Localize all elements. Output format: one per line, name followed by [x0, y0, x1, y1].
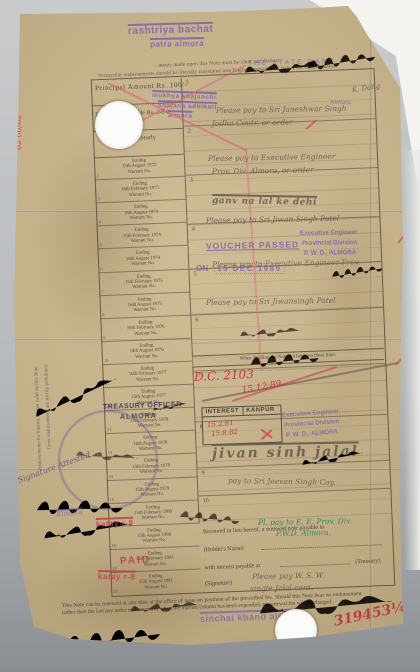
executive-engineer-stamp-2-line3: P. W. D., ALMORA [286, 428, 339, 439]
pencil-note-kdang: K. Dang [351, 82, 380, 94]
pencil-scribble [330, 264, 391, 282]
on-label-stamp: ON [196, 264, 208, 273]
handwriting-bottom-line1: Please pay W. S. W. [252, 571, 325, 581]
punch-hole-top [95, 101, 143, 149]
paid-stamp: PAID [120, 554, 152, 567]
handwriting-devanagari-line: ganv na lal ke dehi [212, 196, 317, 208]
green-pay-order-line2: P.W.D. Almora. [276, 528, 331, 538]
red-devanagari-stamp-1: katay r-8 [96, 519, 134, 529]
handwriting-space2-line1: Please pay to Sri Janeshwar Singh [216, 104, 347, 115]
executive-engineer-stamp-2-line1: Executive Engineer [282, 408, 339, 419]
punch-hole-bottom [275, 609, 317, 650]
interest-kanpur-stamp: INTEREST KANPUR 15.2.81 15.8.82 [201, 405, 282, 446]
red-dc-number: D.C. 2103 [194, 367, 255, 384]
devanagari-stamp-top-2: patra almora [150, 39, 204, 49]
handwriting-space3-line1: Please pay to Executive Engineer [208, 152, 335, 163]
executive-engineer-stamp-2-line2: Provincial Division [284, 418, 340, 429]
purple-scribble [228, 328, 318, 342]
photo-of-document: { "form": { "instruction_line1": "…ments… [0, 0, 420, 672]
handwriting-space4-line1: Please pay to Sri Jiwan Singh Patel [206, 214, 339, 225]
executive-engineer-stamp-1-line3: P. W. D., ALMORA [304, 249, 356, 257]
green-pay-order-line1: Pl. pay to E. E. Prov. Div. [258, 516, 352, 527]
purple-scribble [25, 519, 156, 548]
interest-box-right: KANPUR [243, 406, 278, 415]
interest-paid-date-2: 15.8.82 [211, 428, 238, 438]
purple-scribble [58, 628, 179, 650]
red-devanagari-stamp-2: katay r-8 [98, 572, 136, 582]
executive-engineer-stamp-1-line2: Provincial Division [302, 239, 357, 247]
handwriting-space9: pay to Sri Jeevan Singh Coy. [228, 476, 336, 487]
red-tick [305, 119, 317, 130]
red-margin-number: 62 06/82 [14, 114, 23, 150]
purple-scribble [128, 602, 208, 618]
ink-layer: rashtriya bachat patra almora THE STATE … [12, 4, 408, 650]
handwriting-bottom-line2: single Jalal cont. [250, 583, 313, 593]
devanagari-stamp-top: rashtriya bachat [128, 24, 214, 37]
interest-box-left: INTEREST [202, 407, 242, 416]
pencil-scribble [212, 62, 362, 80]
red-scribble [177, 506, 249, 534]
handwriting-space3-line2: Prov. Div. Almora, or order [212, 165, 314, 176]
backdrop-edge [404, 150, 420, 570]
paper: …ments made upon this Note must be clear… [12, 4, 408, 650]
voucher-passed-stamp: VOUCHER PASSED [206, 239, 299, 251]
executive-engineer-stamp-1-line1: Executive Engineer [300, 229, 357, 237]
handwriting-space6-line1: Please pay to Sri Jiwansingh Patel [206, 296, 336, 307]
handwriting-space2-line2: Jodha Contr. or order [212, 118, 293, 128]
